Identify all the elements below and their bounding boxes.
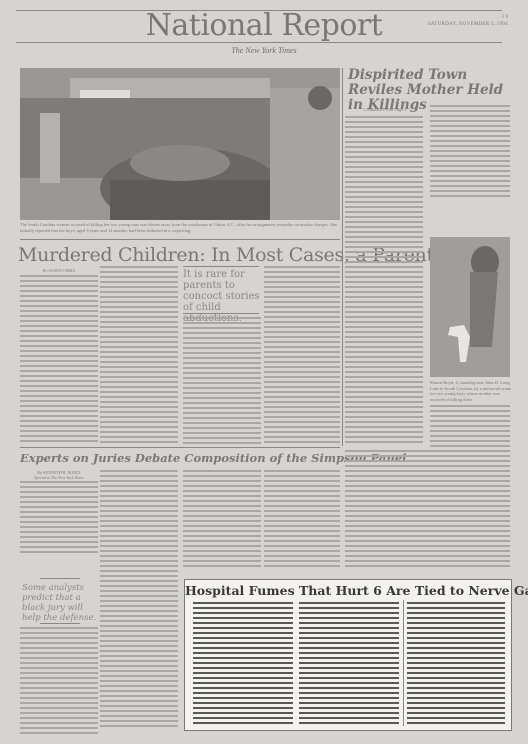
headline-hospital-fumes: Hospital Fumes That Hurt 6 Are Tied to N… bbox=[185, 583, 511, 598]
dateline-simpson-panel: Special to The New York Times bbox=[20, 475, 98, 480]
hospital-column-3 bbox=[407, 602, 505, 724]
simpson-column-4 bbox=[264, 470, 340, 570]
pull-quote-murdered-children: It is rare for parents to concoct storie… bbox=[183, 269, 263, 324]
byline-murdered-children: By SUSAN CHIRA bbox=[20, 268, 98, 273]
pull-quote-simpson: Some analysts predict that a black jury … bbox=[22, 583, 100, 623]
simpson-column-3 bbox=[183, 470, 261, 570]
pull-quote-rule-bottom bbox=[183, 313, 259, 314]
child-at-memorial-image bbox=[430, 237, 510, 377]
right-column-divider bbox=[342, 68, 343, 446]
simpson-pull-rule-bottom bbox=[40, 623, 80, 624]
simpson-pull-rule-top bbox=[40, 578, 80, 579]
article-column-3 bbox=[183, 317, 261, 445]
dispirited-column-2 bbox=[430, 105, 510, 198]
article-column-2 bbox=[100, 266, 178, 445]
masthead-bottom-rule bbox=[16, 42, 502, 43]
pull-quote-rule-top bbox=[183, 266, 259, 267]
right-column-bottom bbox=[345, 450, 510, 570]
caption-rule bbox=[20, 239, 340, 240]
simpson-column-2 bbox=[100, 470, 178, 730]
simpson-column-1b bbox=[20, 627, 98, 734]
lead-photo-caption: The South Carolina woman accused of kill… bbox=[20, 222, 340, 233]
hospital-column-1 bbox=[193, 602, 293, 724]
hospital-fumes-box: Hospital Fumes That Hurt 6 Are Tied to N… bbox=[184, 579, 512, 731]
issue-date: SATURDAY, NOVEMBER 5, 1994 bbox=[428, 22, 508, 27]
lead-photo bbox=[20, 68, 340, 220]
funeral-motorcade-image bbox=[20, 68, 340, 220]
dispirited-column-1 bbox=[345, 116, 423, 446]
jump-line: Continued From Page 1 bbox=[345, 107, 425, 112]
newspaper-name: The New York Times bbox=[0, 46, 528, 55]
hospital-column-divider bbox=[403, 600, 404, 726]
article-column-1 bbox=[20, 275, 98, 445]
memorial-photo bbox=[430, 237, 510, 377]
page-number: 1 9 bbox=[502, 15, 508, 20]
simpson-top-rule bbox=[20, 447, 340, 448]
memorial-photo-caption: Shawn Boyd, 4, standing near John D. Lon… bbox=[430, 380, 512, 402]
hospital-column-2 bbox=[299, 602, 399, 724]
article-column-4 bbox=[264, 266, 340, 445]
simpson-column-1a bbox=[20, 481, 98, 556]
